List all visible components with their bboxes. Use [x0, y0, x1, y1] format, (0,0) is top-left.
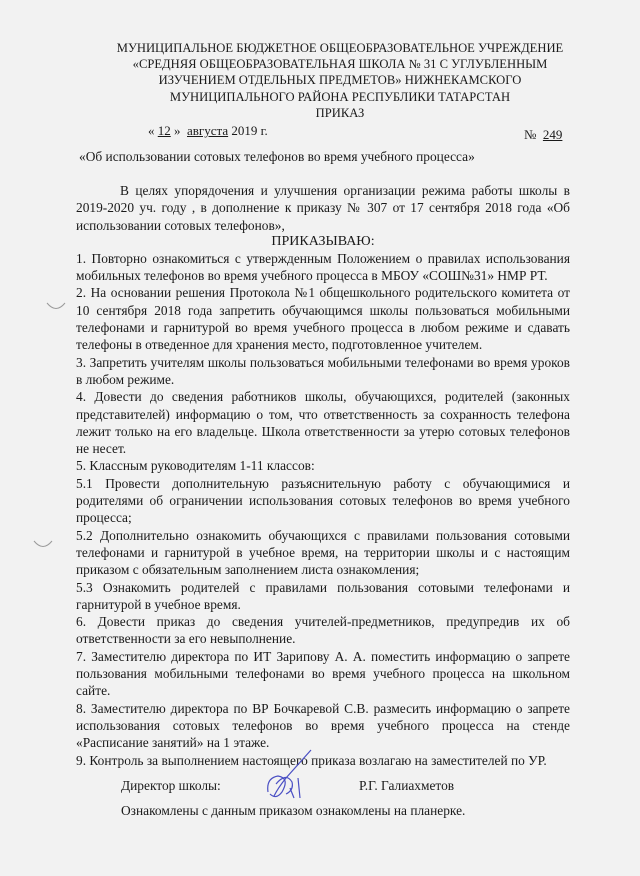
- order-number: № 249: [524, 127, 562, 143]
- document-header: МУНИЦИПАЛЬНОЕ БЮДЖЕТНОЕ ОБЩЕОБРАЗОВАТЕЛЬ…: [100, 40, 580, 121]
- date-year: 2019 г.: [231, 123, 267, 138]
- order-item: 5.1 Провести дополнительную разъяснитель…: [76, 475, 570, 527]
- date-month: августа: [187, 123, 228, 138]
- order-item: 5. Классным руководителям 1-11 классов:: [76, 457, 570, 474]
- order-date: « 12 » августа 2019 г.: [148, 123, 268, 139]
- acknowledgement-note: Ознакомлены с данным приказом ознакомлен…: [121, 803, 465, 819]
- order-number-label: №: [524, 127, 536, 142]
- margin-mark-icon: [46, 302, 66, 312]
- header-line: ИЗУЧЕНИЕМ ОТДЕЛЬНЫХ ПРЕДМЕТОВ» НИЖНЕКАМС…: [100, 72, 580, 88]
- handwritten-signature-icon: [256, 748, 316, 807]
- order-item: 6. Довести приказ до сведения учителей-п…: [76, 613, 570, 648]
- signatory-name: Р.Г. Галиахметов: [359, 778, 454, 794]
- order-word: ПРИКАЗЫВАЮ:: [76, 234, 570, 250]
- header-line: МУНИЦИПАЛЬНОЕ БЮДЖЕТНОЕ ОБЩЕОБРАЗОВАТЕЛЬ…: [100, 40, 580, 56]
- date-close-quote: »: [174, 123, 181, 138]
- order-item: 5.3 Ознакомить родителей с правилами пол…: [76, 579, 570, 614]
- intro-paragraph: В целях упорядочения и улучшения организ…: [76, 182, 570, 234]
- signatory-title: Директор школы:: [121, 778, 221, 794]
- order-item: 8. Заместителю директора по ВР Бочкарево…: [76, 700, 570, 752]
- header-line: «СРЕДНЯЯ ОБЩЕОБРАЗОВАТЕЛЬНАЯ ШКОЛА № 31 …: [100, 56, 580, 72]
- order-body: В целях упорядочения и улучшения организ…: [76, 182, 570, 769]
- date-day: 12: [158, 123, 171, 138]
- margin-mark-icon: [33, 540, 53, 550]
- order-item: 1. Повторно ознакомиться с утвержденным …: [76, 250, 570, 285]
- header-line: МУНИЦИПАЛЬНОГО РАЙОНА РЕСПУБЛИКИ ТАТАРСТ…: [100, 89, 580, 105]
- order-item: 9. Контроль за выполнением настоящего пр…: [76, 752, 570, 769]
- document-type: ПРИКАЗ: [100, 105, 580, 121]
- order-item: 7. Заместителю директора по ИТ Зарипову …: [76, 648, 570, 700]
- order-number-value: 249: [543, 127, 563, 142]
- order-item: 2. На основании решения Протокола №1 общ…: [76, 284, 570, 353]
- order-item: 3. Запретить учителям школы пользоваться…: [76, 354, 570, 389]
- order-item: 5.2 Дополнительно ознакомить обучающихся…: [76, 527, 570, 579]
- date-open-quote: «: [148, 123, 155, 138]
- order-item: 4. Довести до сведения работников школы,…: [76, 388, 570, 457]
- scanned-document-page: МУНИЦИПАЛЬНОЕ БЮДЖЕТНОЕ ОБЩЕОБРАЗОВАТЕЛЬ…: [0, 0, 640, 876]
- order-title: «Об использовании сотовых телефонов во в…: [79, 149, 475, 165]
